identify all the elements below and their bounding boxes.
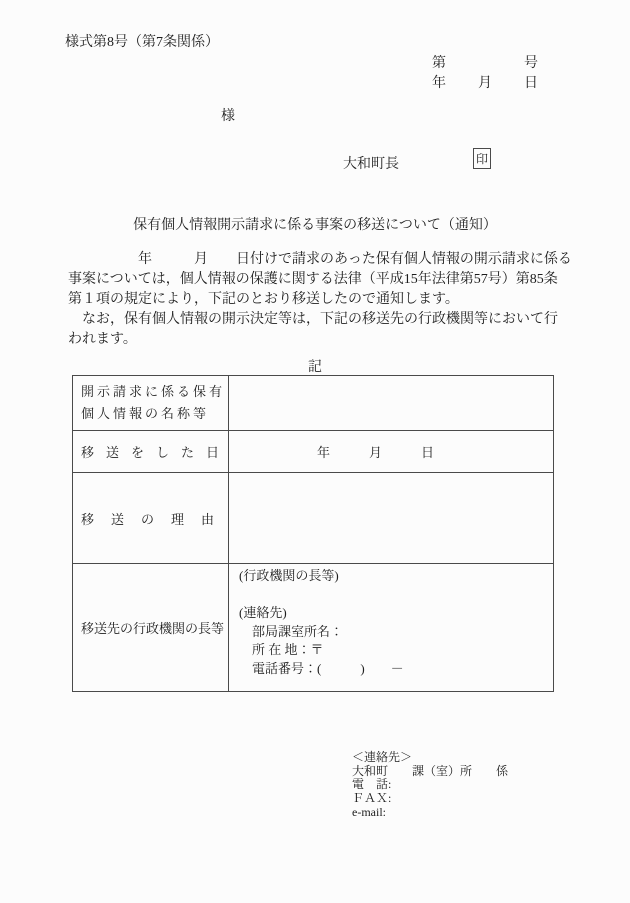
contact-block: ＜連絡先＞ 大和町 課（室）所 係 電 話: ＦＡＸ: e-mail: (352, 751, 508, 820)
sender-title: 大和町長 (343, 153, 399, 173)
value-cell-information-name (229, 376, 554, 431)
value-cell-transfer-reason (229, 473, 554, 564)
contact-title: ＜連絡先＞ (352, 751, 508, 765)
label-line-1: 開示請求に係る保有 (81, 381, 228, 403)
table-row-destination-agency: 移送先の行政機関の長等 (行政機関の長等) (連絡先) 部局課室所名： 所 在 … (73, 564, 554, 692)
label-cell-transfer-reason: 移送の理由 (73, 473, 229, 564)
date-month-label: 月 (478, 72, 492, 92)
doc-number-prefix: 第 (432, 52, 446, 72)
table-row-transfer-reason: 移送の理由 (73, 473, 554, 564)
date-day-label: 日 (524, 72, 538, 92)
table-row-information-name: 開示請求に係る保有 個人情報の名称等 (73, 376, 554, 431)
contact-tel-line: 電 話: (352, 778, 508, 792)
addressee-honorific: 様 (221, 105, 235, 125)
value-cell-destination-agency: (行政機関の長等) (連絡先) 部局課室所名： 所 在 地：〒 電話番号：( )… (229, 564, 554, 692)
doc-number-suffix: 号 (524, 52, 538, 72)
document-title: 保有個人情報開示請求に係る事案の移送について（通知） (0, 214, 630, 234)
seal-stamp: 印 (473, 148, 491, 169)
list-marker: 記 (0, 356, 630, 376)
body-paragraph: 年 月 日付けで請求のあった保有個人情報の開示請求に係る 事案については，個人情… (68, 250, 576, 350)
table-row-transfer-date: 移送をした日 年 月 日 (73, 431, 554, 473)
issue-date-line: 年 月 日 (432, 72, 538, 92)
contact-org-line: 大和町 課（室）所 係 (352, 765, 508, 779)
label-cell-transfer-date: 移送をした日 (73, 431, 229, 473)
label-line-2: 個人情報の名称等 (81, 403, 228, 425)
document-page: 様式第8号（第7条関係） 第 号 年 月 日 様 大和町長 印 保有個人情報開示… (0, 0, 630, 903)
date-year-label: 年 (432, 72, 446, 92)
contact-fax-line: ＦＡＸ: (352, 792, 508, 806)
document-number-line: 第 号 (432, 52, 538, 72)
info-table: 開示請求に係る保有 個人情報の名称等 移送をした日 年 月 日 移送の理由 移送… (72, 375, 554, 692)
form-number: 様式第8号（第7条関係） (65, 31, 219, 51)
value-cell-transfer-date: 年 月 日 (229, 431, 554, 473)
label-cell-destination-agency: 移送先の行政機関の長等 (73, 564, 229, 692)
label-cell-information-name: 開示請求に係る保有 個人情報の名称等 (73, 376, 229, 431)
contact-email-line: e-mail: (352, 806, 508, 820)
